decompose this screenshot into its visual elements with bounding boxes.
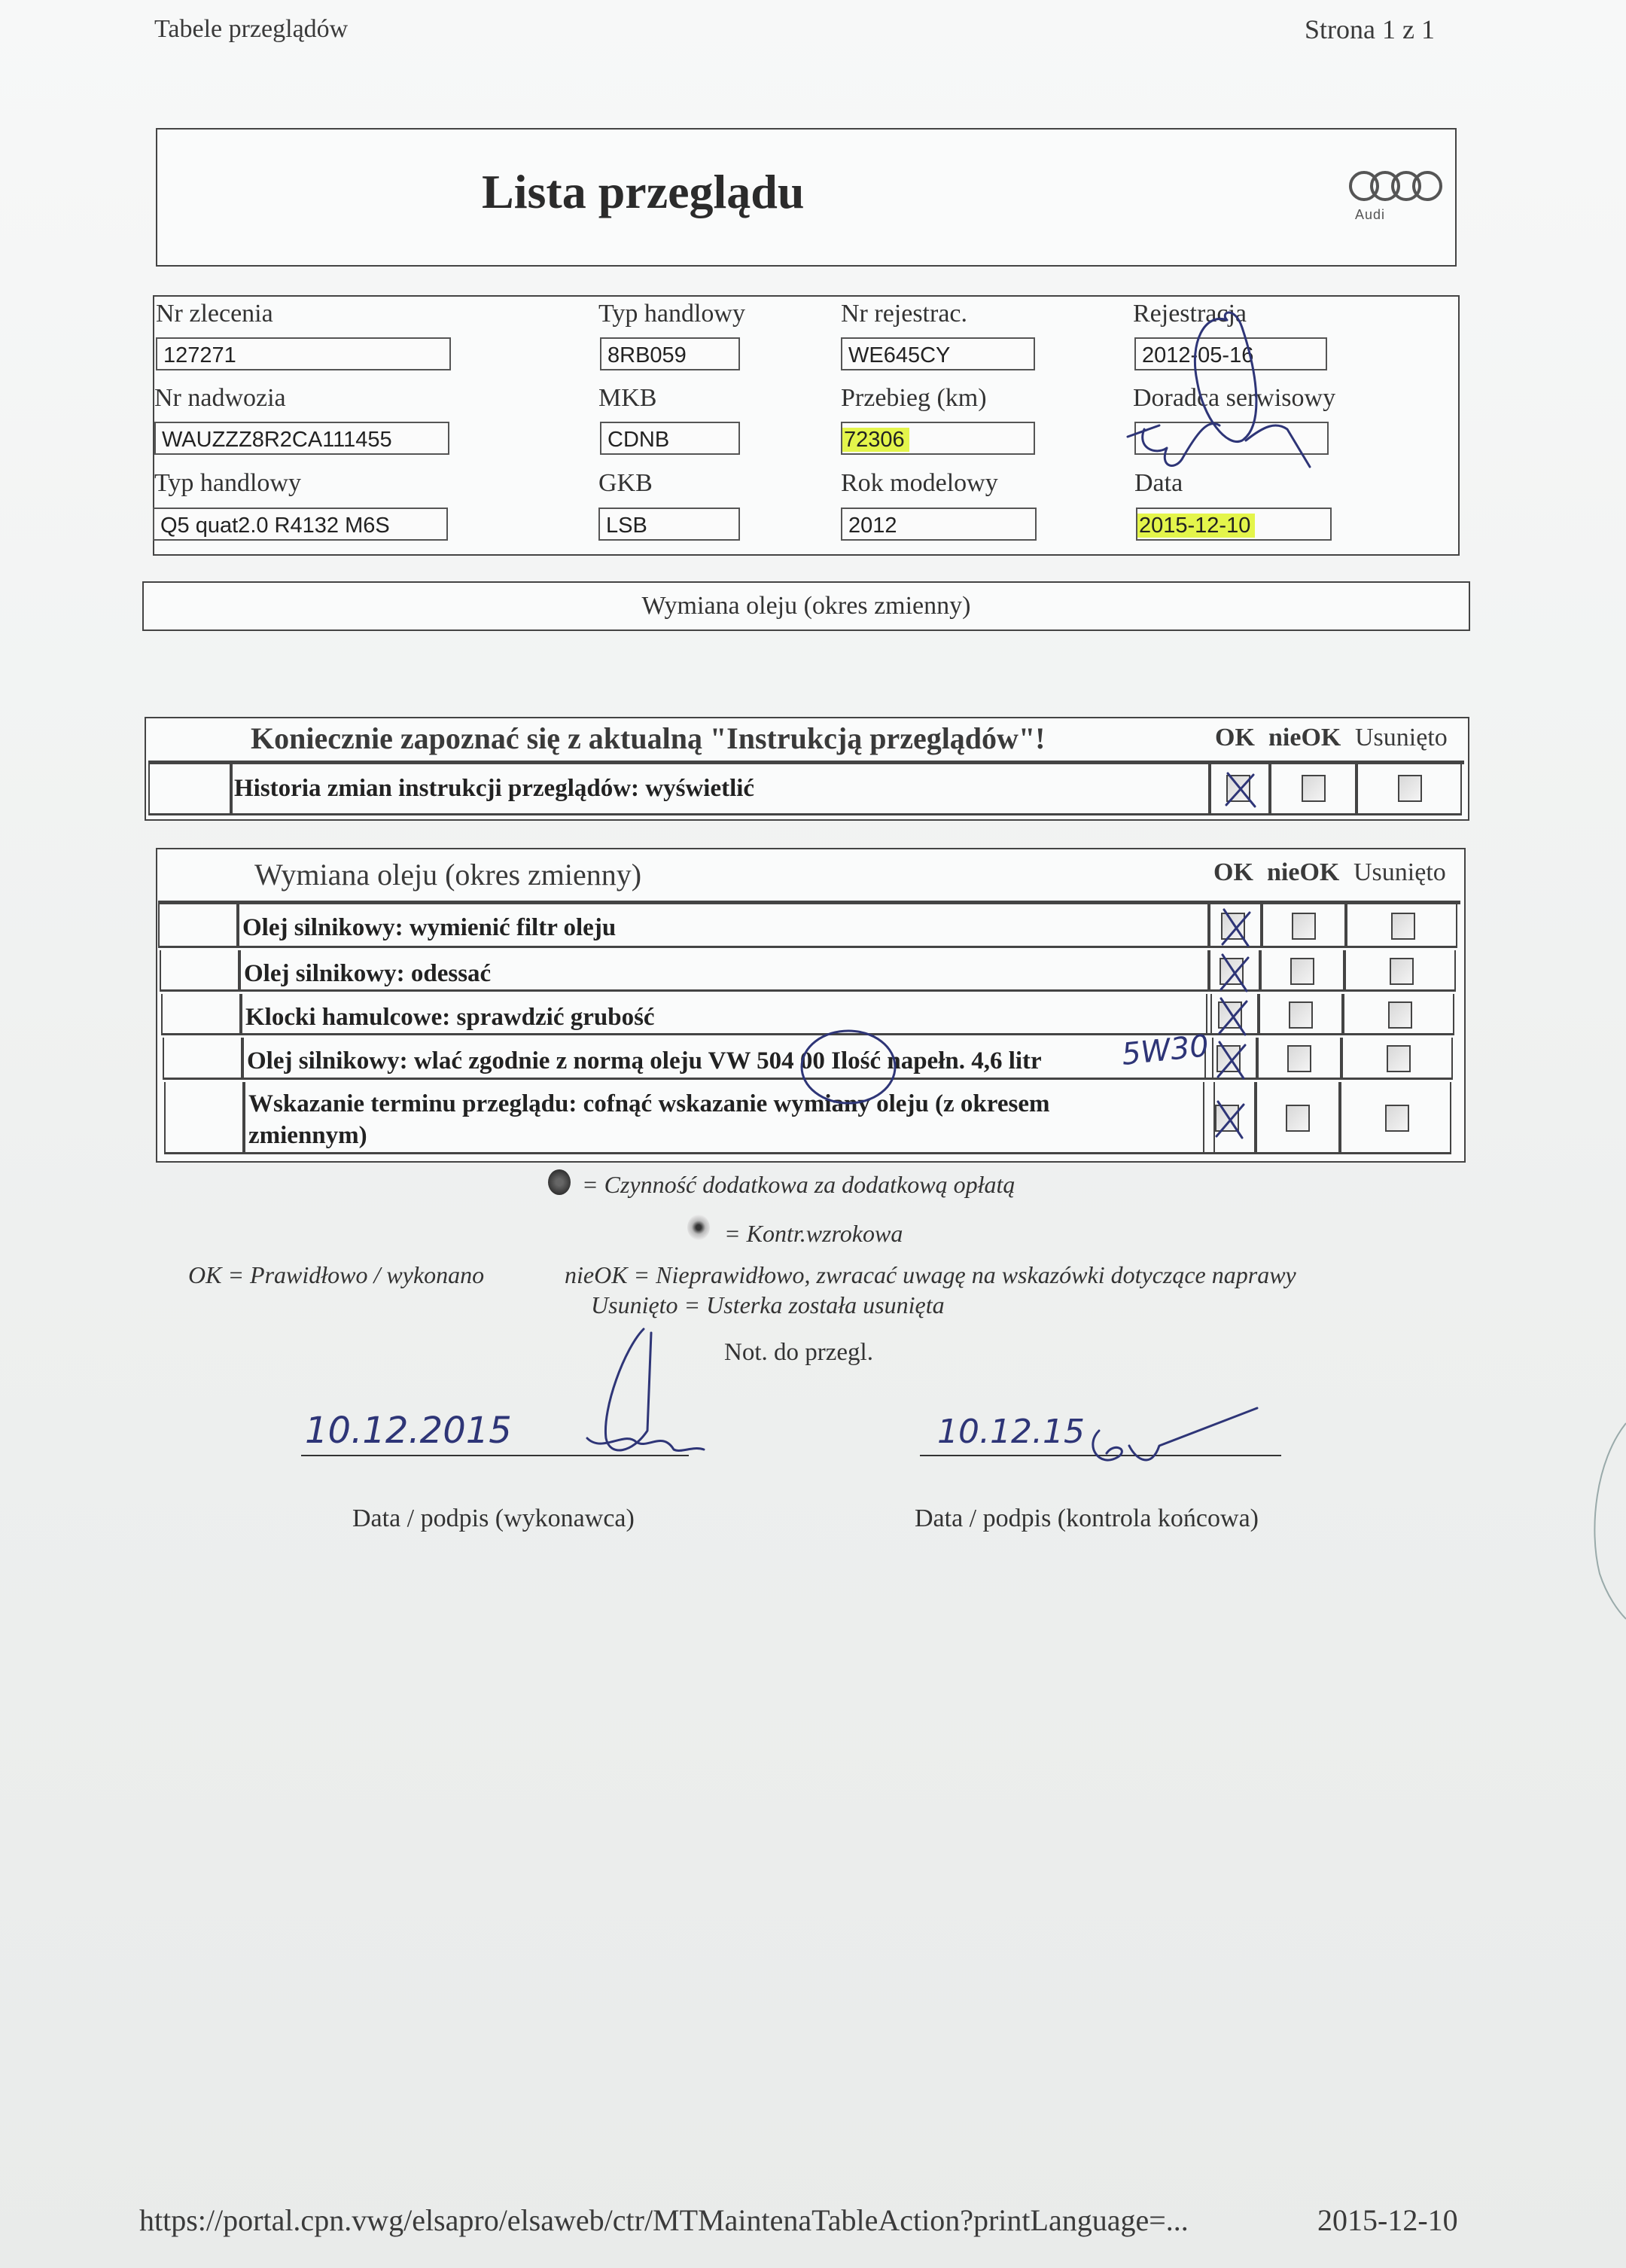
- model-desc-label: Typ handlowy: [154, 469, 301, 498]
- legend-visual: = Kontr.wzrokowa: [724, 1220, 903, 1248]
- not-ok-checkbox[interactable]: [1287, 1045, 1311, 1072]
- ok-checkbox[interactable]: [1215, 1105, 1239, 1132]
- final-check-caption: Data / podpis (kontrola końcowa): [915, 1504, 1259, 1533]
- ok-checkbox[interactable]: [1218, 1001, 1242, 1029]
- row-description: Olej silnikowy: wlać zgodnie z normą ole…: [247, 1045, 1098, 1077]
- removed-checkbox[interactable]: [1391, 913, 1415, 940]
- col-ok-header: OK: [1215, 724, 1255, 752]
- final-check-signature: [1084, 1401, 1280, 1491]
- performer-signature: [542, 1325, 708, 1461]
- document-title: Lista przeglądu: [482, 164, 804, 220]
- reg-no-label: Nr rejestrac.: [841, 300, 967, 328]
- date-field: 2015-12-10: [1136, 508, 1332, 541]
- col-removed-header: Usunięto: [1355, 724, 1448, 752]
- gkb-label: GKB: [598, 469, 653, 498]
- row-description: Olej silnikowy: wymienić filtr oleju: [242, 912, 1093, 943]
- check-mark-icon: [1212, 1100, 1248, 1139]
- page-fold-edge: [1581, 1416, 1626, 1642]
- col-removed-header: Usunięto: [1353, 858, 1446, 887]
- model-desc-field: Q5 quat2.0 R4132 M6S: [153, 508, 448, 541]
- table-row: Klocki hamulcowe: sprawdzić grubość: [241, 994, 1212, 1035]
- not-ok-checkbox[interactable]: [1302, 775, 1326, 802]
- final-check-handwritten-date: 10.12.15: [937, 1413, 1085, 1451]
- audi-rings-icon: [1347, 167, 1444, 205]
- brand-name: Audi: [1355, 207, 1385, 223]
- row-description: Klocki hamulcowe: sprawdzić grubość: [245, 1001, 1096, 1033]
- handwritten-circle: [794, 1026, 907, 1108]
- order-no-label: Nr zlecenia: [156, 300, 273, 328]
- check-mark-icon: [1216, 953, 1253, 992]
- removed-checkbox[interactable]: [1398, 775, 1422, 802]
- mkb-label: MKB: [598, 384, 656, 413]
- footer-url: https://portal.cpn.vwg/elsapro/elsaweb/c…: [139, 2202, 1189, 2238]
- mkb-field: CDNB: [600, 422, 740, 455]
- mileage-label: Przebieg (km): [841, 384, 987, 413]
- model-year-field: 2012: [841, 508, 1037, 541]
- ok-checkbox[interactable]: [1216, 1045, 1241, 1072]
- check-mark-icon: [1213, 1041, 1250, 1080]
- check-mark-icon: [1215, 997, 1251, 1036]
- col-ok-header: OK: [1213, 858, 1253, 887]
- reg-no-field: WE645CY: [841, 337, 1035, 370]
- visual-check-icon: [687, 1215, 710, 1240]
- section-title: Wymiana oleju (okres zmienny): [142, 581, 1470, 631]
- inspection-note-label: Not. do przegl.: [724, 1339, 873, 1367]
- footer-date: 2015-12-10: [1317, 2202, 1458, 2238]
- date-value: 2015-12-10: [1137, 514, 1255, 538]
- not-ok-checkbox[interactable]: [1286, 1105, 1310, 1132]
- table-row: Olej silnikowy: wlać zgodnie z normą ole…: [242, 1038, 1213, 1080]
- col-not-ok-header: nieOK: [1268, 724, 1341, 752]
- removed-checkbox[interactable]: [1388, 1001, 1412, 1029]
- order-no-field: 127271: [156, 337, 451, 370]
- legend-removed: Usunięto = Usterka została usunięta: [591, 1291, 945, 1319]
- row-description: Wskazanie terminu przeglądu: cofnąć wska…: [248, 1088, 1099, 1151]
- extra-charge-icon: [548, 1169, 571, 1195]
- not-ok-checkbox[interactable]: [1289, 1001, 1313, 1029]
- legend-ok: OK = Prawidłowo / wykonano: [188, 1261, 484, 1289]
- table-row: Historia zmian instrukcji przeglądów: wy…: [231, 764, 1210, 815]
- table-row: Wskazanie terminu przeglądu: cofnąć wska…: [244, 1082, 1215, 1154]
- ok-checkbox[interactable]: [1221, 913, 1245, 940]
- performer-caption: Data / podpis (wykonawca): [352, 1504, 635, 1533]
- vin-label: Nr nadwozia: [154, 384, 286, 413]
- not-ok-checkbox[interactable]: [1292, 913, 1316, 940]
- title-box: [156, 128, 1457, 267]
- check-mark-icon: [1218, 908, 1254, 947]
- table-row: Olej silnikowy: wymienić filtr oleju: [238, 904, 1209, 948]
- removed-checkbox[interactable]: [1390, 958, 1414, 985]
- page-number: Strona 1 z 1: [1305, 14, 1435, 45]
- advisor-signature: [1114, 297, 1340, 493]
- ok-checkbox[interactable]: [1226, 775, 1250, 802]
- table-row: Olej silnikowy: odessać: [239, 950, 1210, 992]
- sales-type-field: 8RB059: [600, 337, 740, 370]
- instructions-table-title: Koniecznie zapoznać się z aktualną "Inst…: [251, 721, 1045, 756]
- removed-checkbox[interactable]: [1385, 1105, 1409, 1132]
- mileage-value: 72306: [842, 428, 909, 452]
- vin-field: WAUZZZ8R2CA111455: [154, 422, 449, 455]
- removed-checkbox[interactable]: [1387, 1045, 1411, 1072]
- mileage-field: 72306: [841, 422, 1035, 455]
- row-description: Olej silnikowy: odessać: [244, 958, 1095, 989]
- sales-type-label: Typ handlowy: [598, 300, 745, 328]
- legend-not-ok: nieOK = Nieprawidłowo, zwracać uwagę na …: [565, 1261, 1296, 1289]
- model-year-label: Rok modelowy: [841, 469, 998, 498]
- ok-checkbox[interactable]: [1219, 958, 1244, 985]
- oil-table-title: Wymiana oleju (okres zmienny): [254, 857, 641, 892]
- gkb-field: LSB: [598, 508, 740, 541]
- legend-extra: = Czynność dodatkowa za dodatkową opłatą: [582, 1171, 1015, 1199]
- col-not-ok-header: nieOK: [1267, 858, 1339, 887]
- not-ok-checkbox[interactable]: [1290, 958, 1314, 985]
- performer-handwritten-date: 10.12.2015: [305, 1410, 512, 1452]
- page-header-title: Tabele przeglądów: [154, 15, 348, 44]
